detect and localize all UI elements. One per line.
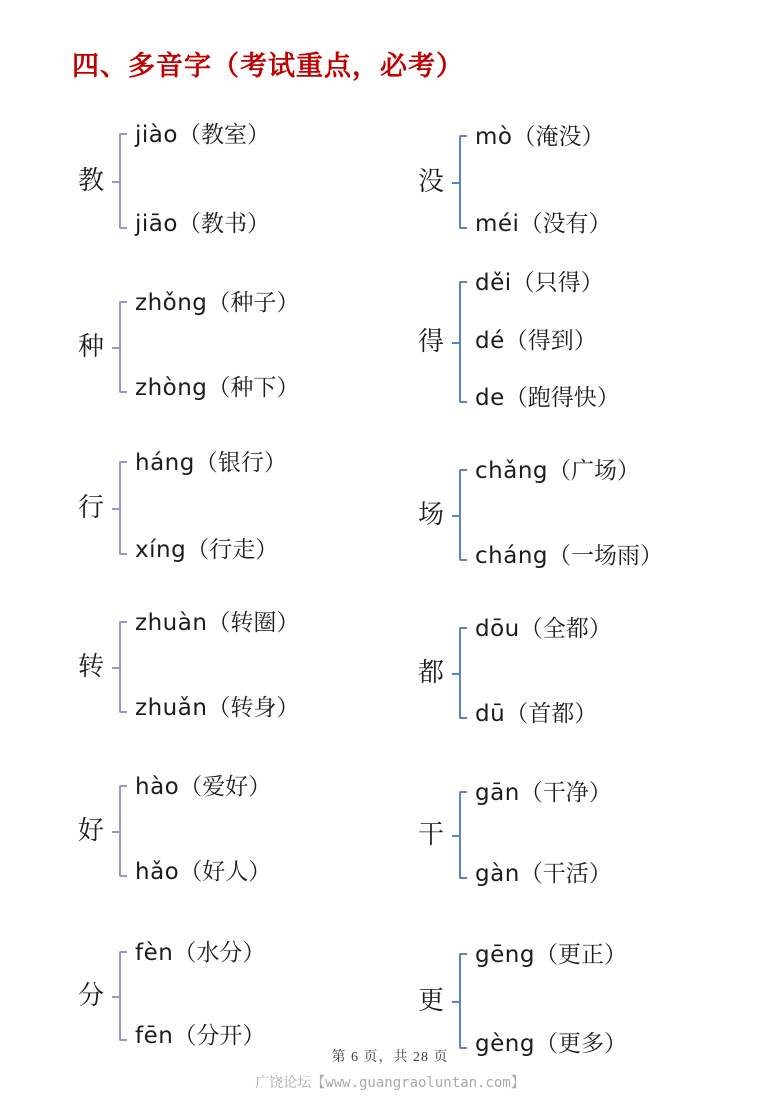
reading-line: dé（得到）: [475, 326, 620, 359]
reading-line: dōu（全都）: [475, 614, 612, 647]
reading-line: zhòng（种下）: [135, 373, 299, 406]
example-word: （水分）: [173, 940, 265, 965]
polyphone-entry: 更 gēng（更正）gèng（更多）: [418, 940, 627, 1062]
reading-line: gàn（干活）: [475, 859, 612, 892]
headword-character: 分: [78, 983, 112, 1009]
page-number: 第 6 页，共 28 页: [0, 1046, 780, 1066]
bracket-brace: [112, 301, 127, 393]
pinyin-text: zhòng: [135, 375, 207, 401]
reading-line: mò（淹没）: [475, 122, 611, 155]
example-word: （没有）: [519, 211, 611, 236]
example-word: （干净）: [520, 780, 612, 805]
polyphone-entry: 行 háng（银行）xíng（行走）: [78, 448, 287, 568]
readings-group: zhuàn（转圈）zhuǎn（转身）: [135, 608, 299, 726]
readings-group: hào（爱好）hǎo（好人）: [135, 772, 271, 890]
reading-line: dū（首都）: [475, 699, 612, 732]
headword-character: 好: [78, 818, 112, 844]
pinyin-text: fèn: [135, 940, 173, 966]
pinyin-text: mò: [475, 124, 512, 150]
headword-character: 种: [78, 334, 112, 360]
readings-group: gān（干净）gàn（干活）: [475, 778, 612, 892]
pinyin-text: dōu: [475, 616, 520, 642]
example-word: （种下）: [207, 375, 299, 400]
readings-group: fèn（水分）fēn（分开）: [135, 938, 265, 1054]
readings-group: mò（淹没）méi（没有）: [475, 122, 611, 242]
example-word: （跑得快）: [505, 385, 620, 410]
headword-character: 都: [418, 660, 452, 686]
bracket-brace: [452, 469, 467, 561]
polyphone-entry: 种 zhǒng（种子）zhòng（种下）: [78, 288, 299, 406]
polyphone-entry: 得 děi（只得）dé（得到）de（跑得快）: [418, 268, 620, 416]
headword-character: 干: [418, 822, 452, 848]
readings-group: děi（只得）dé（得到）de（跑得快）: [475, 268, 620, 416]
readings-group: dōu（全都）dū（首都）: [475, 614, 612, 732]
polyphone-entry: 分 fèn（水分）fēn（分开）: [78, 938, 265, 1054]
pinyin-text: zhuǎn: [135, 695, 207, 721]
pinyin-text: gàn: [475, 861, 520, 887]
reading-line: gān（干净）: [475, 778, 612, 811]
reading-line: cháng（一场雨）: [475, 541, 663, 574]
bracket-brace: [112, 621, 127, 713]
polyphone-entry: 好 hào（爱好）hǎo（好人）: [78, 772, 271, 890]
reading-line: háng（银行）: [135, 448, 287, 481]
reading-line: děi（只得）: [475, 268, 620, 301]
example-word: （转圈）: [207, 610, 299, 635]
example-word: （转身）: [207, 695, 299, 720]
pinyin-text: jiāo: [135, 211, 178, 237]
example-word: （好人）: [179, 859, 271, 884]
example-word: （得到）: [505, 328, 597, 353]
readings-group: háng（银行）xíng（行走）: [135, 448, 287, 568]
polyphone-entry: 场 chǎng（广场）cháng（一场雨）: [418, 456, 663, 574]
polyphone-entry: 干 gān（干净）gàn（干活）: [418, 778, 612, 892]
pinyin-text: zhuàn: [135, 610, 207, 636]
example-word: （教室）: [178, 122, 270, 147]
pinyin-text: háng: [135, 450, 195, 476]
bracket-brace: [112, 951, 127, 1041]
reading-line: fèn（水分）: [135, 938, 265, 971]
reading-line: jiāo（教书）: [135, 209, 270, 242]
readings-group: chǎng（广场）cháng（一场雨）: [475, 456, 663, 574]
example-word: （行走）: [186, 537, 278, 562]
bracket-brace: [112, 461, 127, 555]
headword-character: 没: [418, 169, 452, 195]
bracket-brace: [452, 627, 467, 719]
reading-line: hǎo（好人）: [135, 857, 271, 890]
example-word: （教书）: [178, 211, 270, 236]
bracket-brace: [452, 281, 467, 403]
reading-line: gēng（更正）: [475, 940, 627, 973]
reading-line: xíng（行走）: [135, 535, 287, 568]
pinyin-text: jiào: [135, 122, 178, 148]
readings-group: zhǒng（种子）zhòng（种下）: [135, 288, 299, 406]
pinyin-text: de: [475, 385, 505, 411]
pinyin-text: chǎng: [475, 458, 548, 484]
pinyin-text: xíng: [135, 537, 186, 563]
pinyin-text: méi: [475, 211, 519, 237]
pinyin-text: gān: [475, 780, 520, 806]
pinyin-text: dū: [475, 701, 505, 727]
readings-group: jiào（教室）jiāo（教书）: [135, 120, 270, 242]
reading-line: zhǒng（种子）: [135, 288, 299, 321]
example-word: （全都）: [520, 616, 612, 641]
example-word: （分开）: [173, 1023, 265, 1048]
headword-character: 更: [418, 988, 452, 1014]
headword-character: 场: [418, 502, 452, 528]
reading-line: jiào（教室）: [135, 120, 270, 153]
reading-line: méi（没有）: [475, 209, 611, 242]
example-word: （只得）: [512, 270, 604, 295]
readings-group: gēng（更正）gèng（更多）: [475, 940, 627, 1062]
headword-character: 行: [78, 495, 112, 521]
example-word: （广场）: [548, 458, 640, 483]
example-word: （爱好）: [179, 774, 271, 799]
reading-line: zhuǎn（转身）: [135, 693, 299, 726]
reading-line: de（跑得快）: [475, 383, 620, 416]
pinyin-text: děi: [475, 270, 512, 296]
worksheet-page: 四、多音字（考试重点，必考） 教 jiào（教室）jiāo（教书） 没 mò（淹…: [0, 0, 780, 1103]
example-word: （干活）: [520, 861, 612, 886]
reading-line: hào（爱好）: [135, 772, 271, 805]
pinyin-text: gēng: [475, 942, 535, 968]
pinyin-text: hǎo: [135, 859, 179, 885]
bracket-brace: [112, 785, 127, 877]
pinyin-text: zhǒng: [135, 290, 207, 316]
example-word: （首都）: [505, 701, 597, 726]
pinyin-text: cháng: [475, 543, 548, 569]
polyphone-entry: 教 jiào（教室）jiāo（教书）: [78, 120, 270, 242]
example-word: （更正）: [535, 942, 627, 967]
bracket-brace: [452, 953, 467, 1049]
example-word: （银行）: [195, 450, 287, 475]
example-word: （淹没）: [512, 124, 604, 149]
example-word: （种子）: [207, 290, 299, 315]
headword-character: 得: [418, 329, 452, 355]
headword-character: 转: [78, 654, 112, 680]
polyphone-entry: 都 dōu（全都）dū（首都）: [418, 614, 612, 732]
bracket-brace: [452, 791, 467, 879]
pinyin-text: hào: [135, 774, 179, 800]
pinyin-text: dé: [475, 328, 505, 354]
reading-line: zhuàn（转圈）: [135, 608, 299, 641]
bracket-brace: [112, 133, 127, 229]
example-word: （一场雨）: [548, 543, 663, 568]
polyphone-entry: 没 mò（淹没）méi（没有）: [418, 122, 611, 242]
bracket-brace: [452, 135, 467, 229]
headword-character: 教: [78, 168, 112, 194]
watermark: 广饶论坛【www.guangraoluntan.com】: [0, 1072, 780, 1092]
polyphone-entry: 转 zhuàn（转圈）zhuǎn（转身）: [78, 608, 299, 726]
page-title: 四、多音字（考试重点，必考）: [72, 44, 464, 83]
reading-line: chǎng（广场）: [475, 456, 663, 489]
